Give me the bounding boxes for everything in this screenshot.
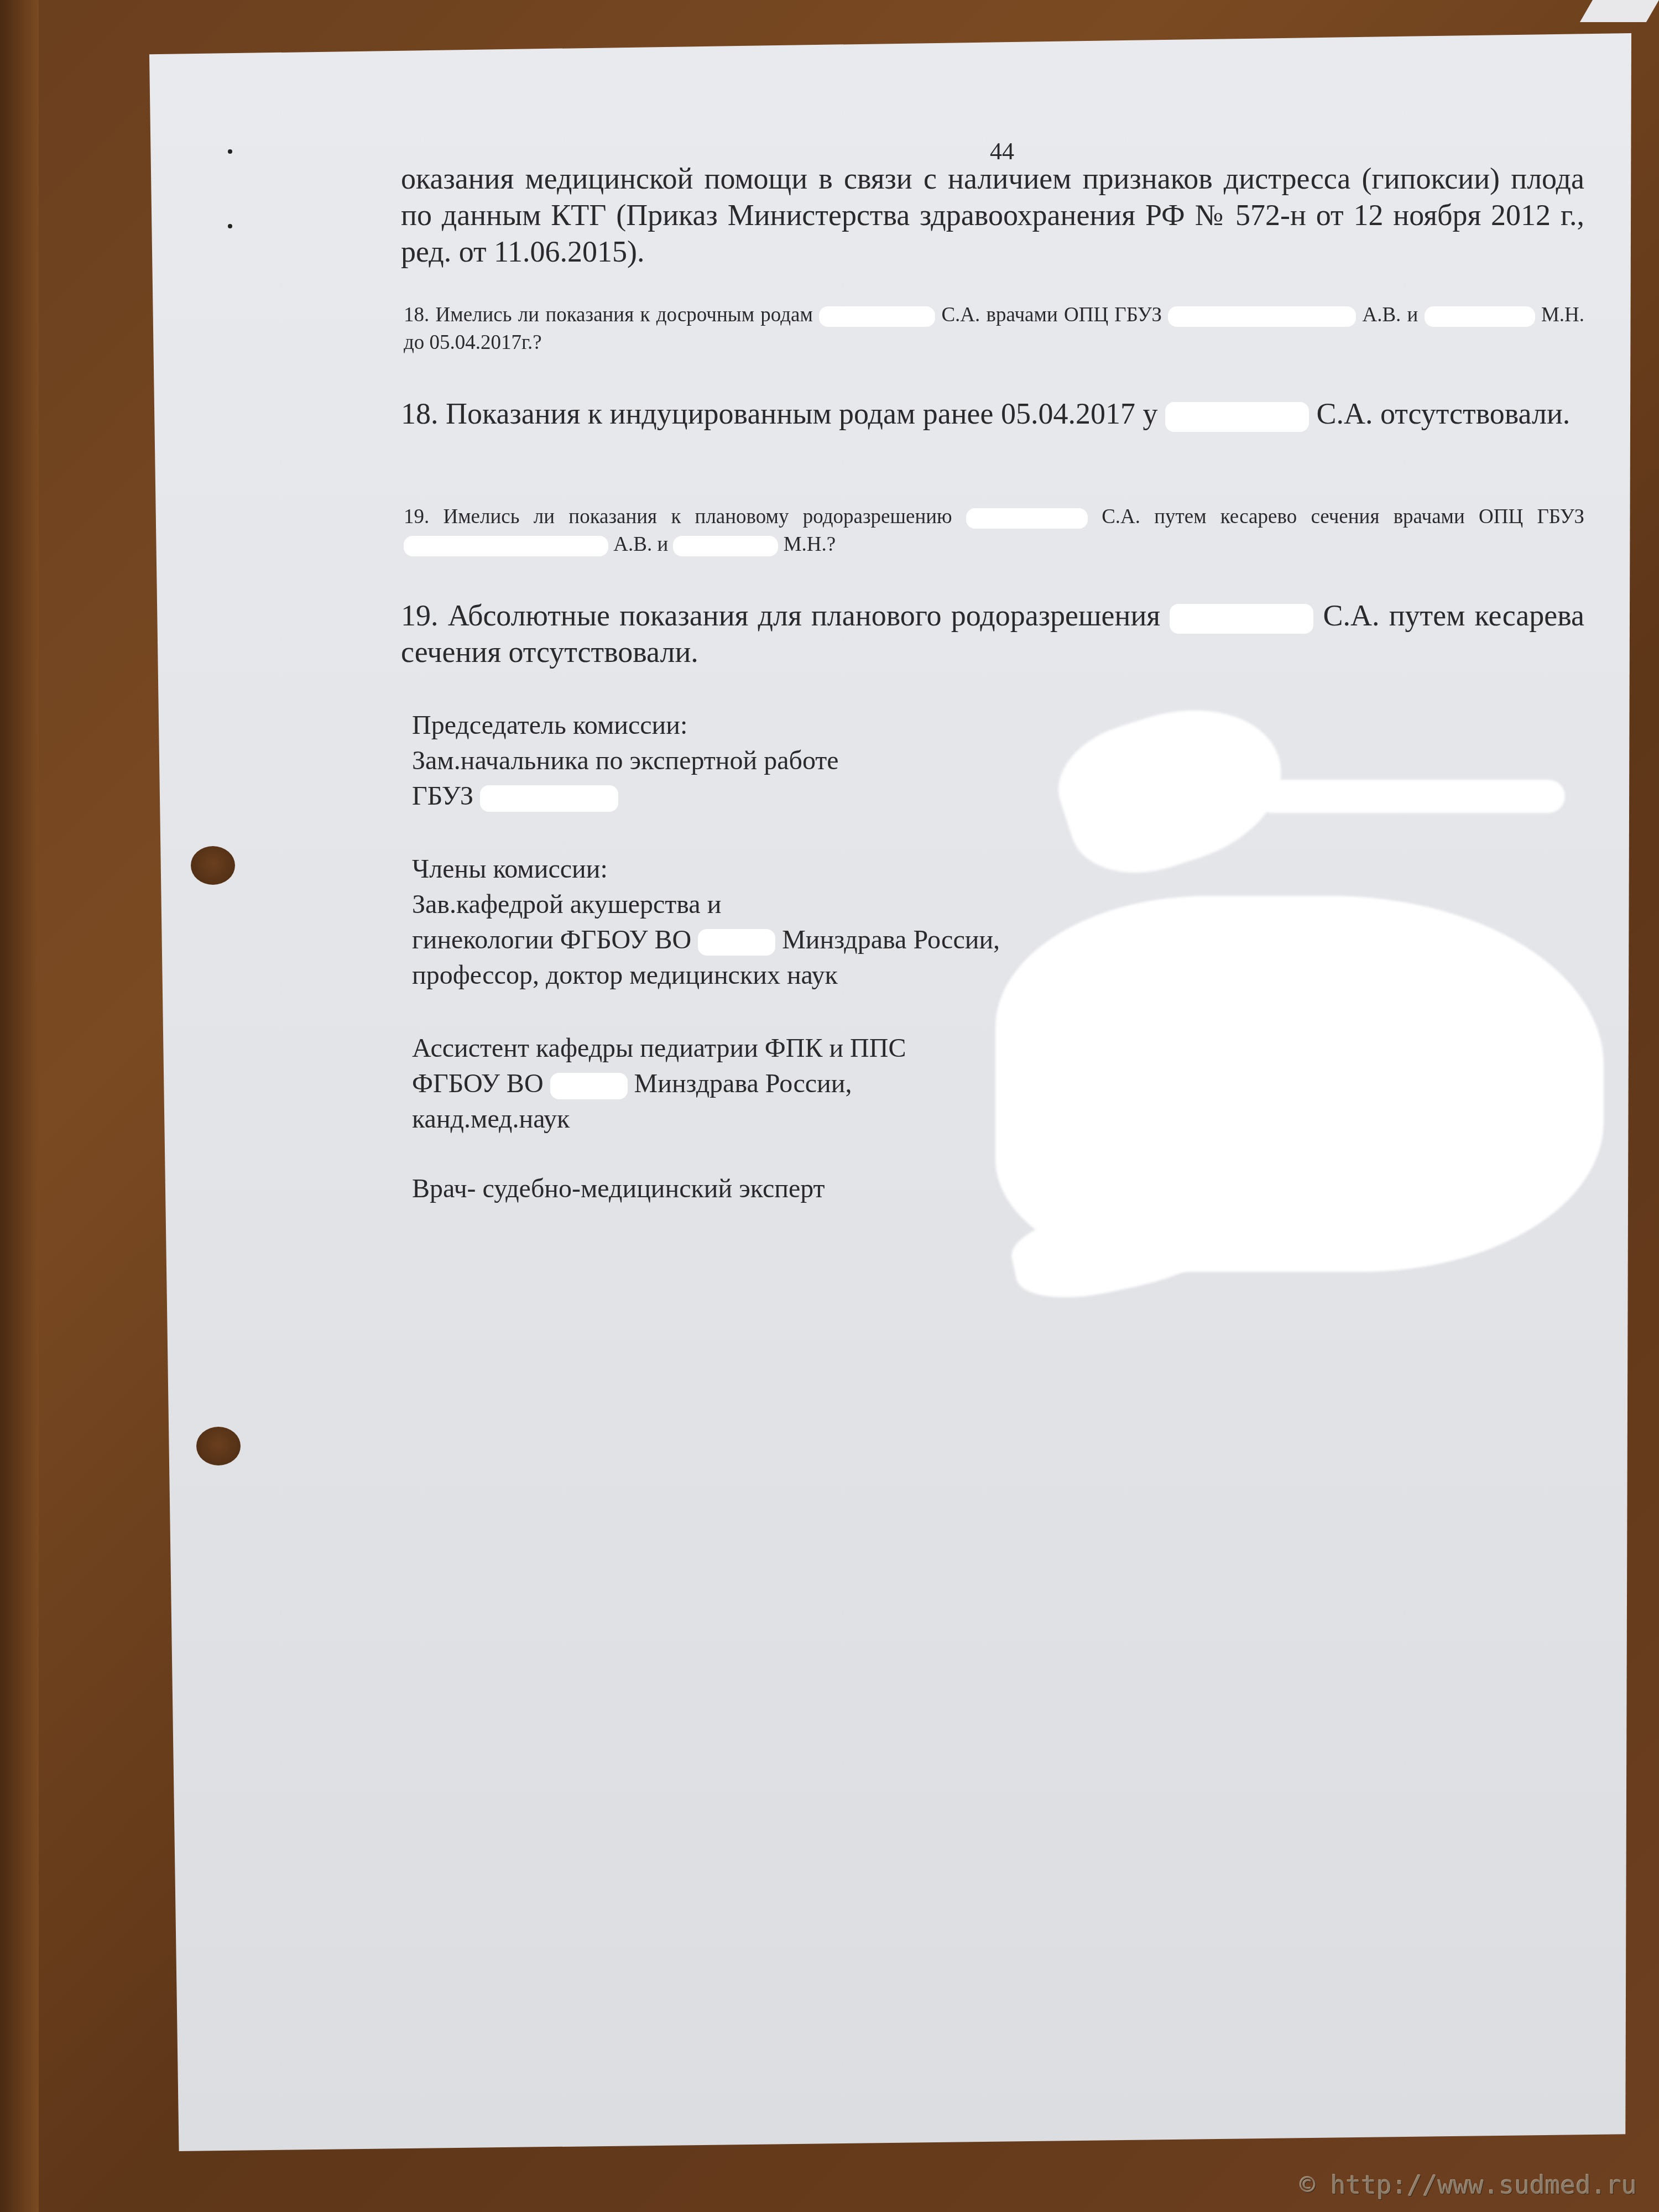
punch-hole (191, 846, 235, 885)
member2-org: ФГБОУ ВО Минздрава России, (412, 1066, 852, 1102)
answer-text: С.А. отсутствовали. (1316, 397, 1570, 430)
desk-surface (0, 0, 39, 2212)
continuation-paragraph: оказания медицинской помощи в связи с на… (401, 160, 1584, 270)
member1-org: гинекологии ФГБОУ ВО Минздрава России, (412, 922, 1000, 958)
redacted-name (698, 929, 775, 956)
member3-position: Врач- судебно-медицинский эксперт (412, 1171, 825, 1207)
redacted-name (1170, 604, 1313, 634)
answer-text: 18. Показания к индуцированным родам ран… (401, 397, 1157, 430)
question-text: 18. Имелись ли показания к досрочным род… (404, 304, 813, 326)
org-label: гинекологии ФГБОУ ВО (412, 925, 691, 954)
answer-18: 18. Показания к индуцированным родам ран… (401, 395, 1584, 432)
redacted-name (480, 785, 618, 812)
redacted-name (550, 1073, 628, 1099)
adjacent-paper-corner (1580, 0, 1659, 22)
watermark: © http://www.sudmed.ru (1300, 2170, 1637, 2200)
chair-org: ГБУЗ (412, 779, 618, 814)
redacted-name (404, 536, 608, 556)
answer-text: 19. Абсолютные показания для планового р… (401, 599, 1160, 632)
question-text: С.А. врачами ОПЦ ГБУЗ (941, 304, 1162, 326)
punch-hole (196, 1427, 241, 1465)
redacted-name (1425, 306, 1535, 327)
question-text: С.А. путем кесарево сечения врачами ОПЦ … (1102, 505, 1584, 528)
question-text: А.В. и (1362, 304, 1418, 326)
chair-title: Председатель комиссии: (412, 708, 687, 743)
redacted-name (819, 306, 935, 327)
margin-mark (228, 224, 232, 228)
question-text: М.Н.? (784, 533, 836, 556)
question-19: 19. Имелись ли показания к плановому род… (404, 503, 1584, 559)
member2-position: Ассистент кафедры педиатрии ФПК и ППС (412, 1031, 906, 1066)
org-label: ГБУЗ (412, 781, 473, 811)
margin-mark (228, 149, 232, 154)
redacted-name (966, 508, 1088, 529)
org-label: ФГБОУ ВО (412, 1069, 544, 1098)
chair-position: Зам.начальника по экспертной работе (412, 743, 839, 779)
question-text: 19. Имелись ли показания к плановому род… (404, 505, 952, 528)
redacted-signature (1255, 780, 1565, 813)
org-label: Минздрава России, (634, 1069, 852, 1098)
question-text: А.В. и (613, 533, 668, 556)
redacted-name (1168, 306, 1356, 327)
member1-position: Зав.кафедрой акушерства и (412, 887, 721, 922)
redacted-name (1165, 402, 1309, 432)
redacted-name (673, 536, 778, 556)
member1-degree: профессор, доктор медицинских наук (412, 958, 838, 993)
members-title: Члены комиссии: (412, 852, 608, 887)
answer-19: 19. Абсолютные показания для планового р… (401, 597, 1584, 670)
org-label: Минздрава России, (782, 925, 1000, 954)
member2-degree: канд.мед.наук (412, 1102, 570, 1137)
question-18: 18. Имелись ли показания к досрочным род… (404, 301, 1584, 357)
